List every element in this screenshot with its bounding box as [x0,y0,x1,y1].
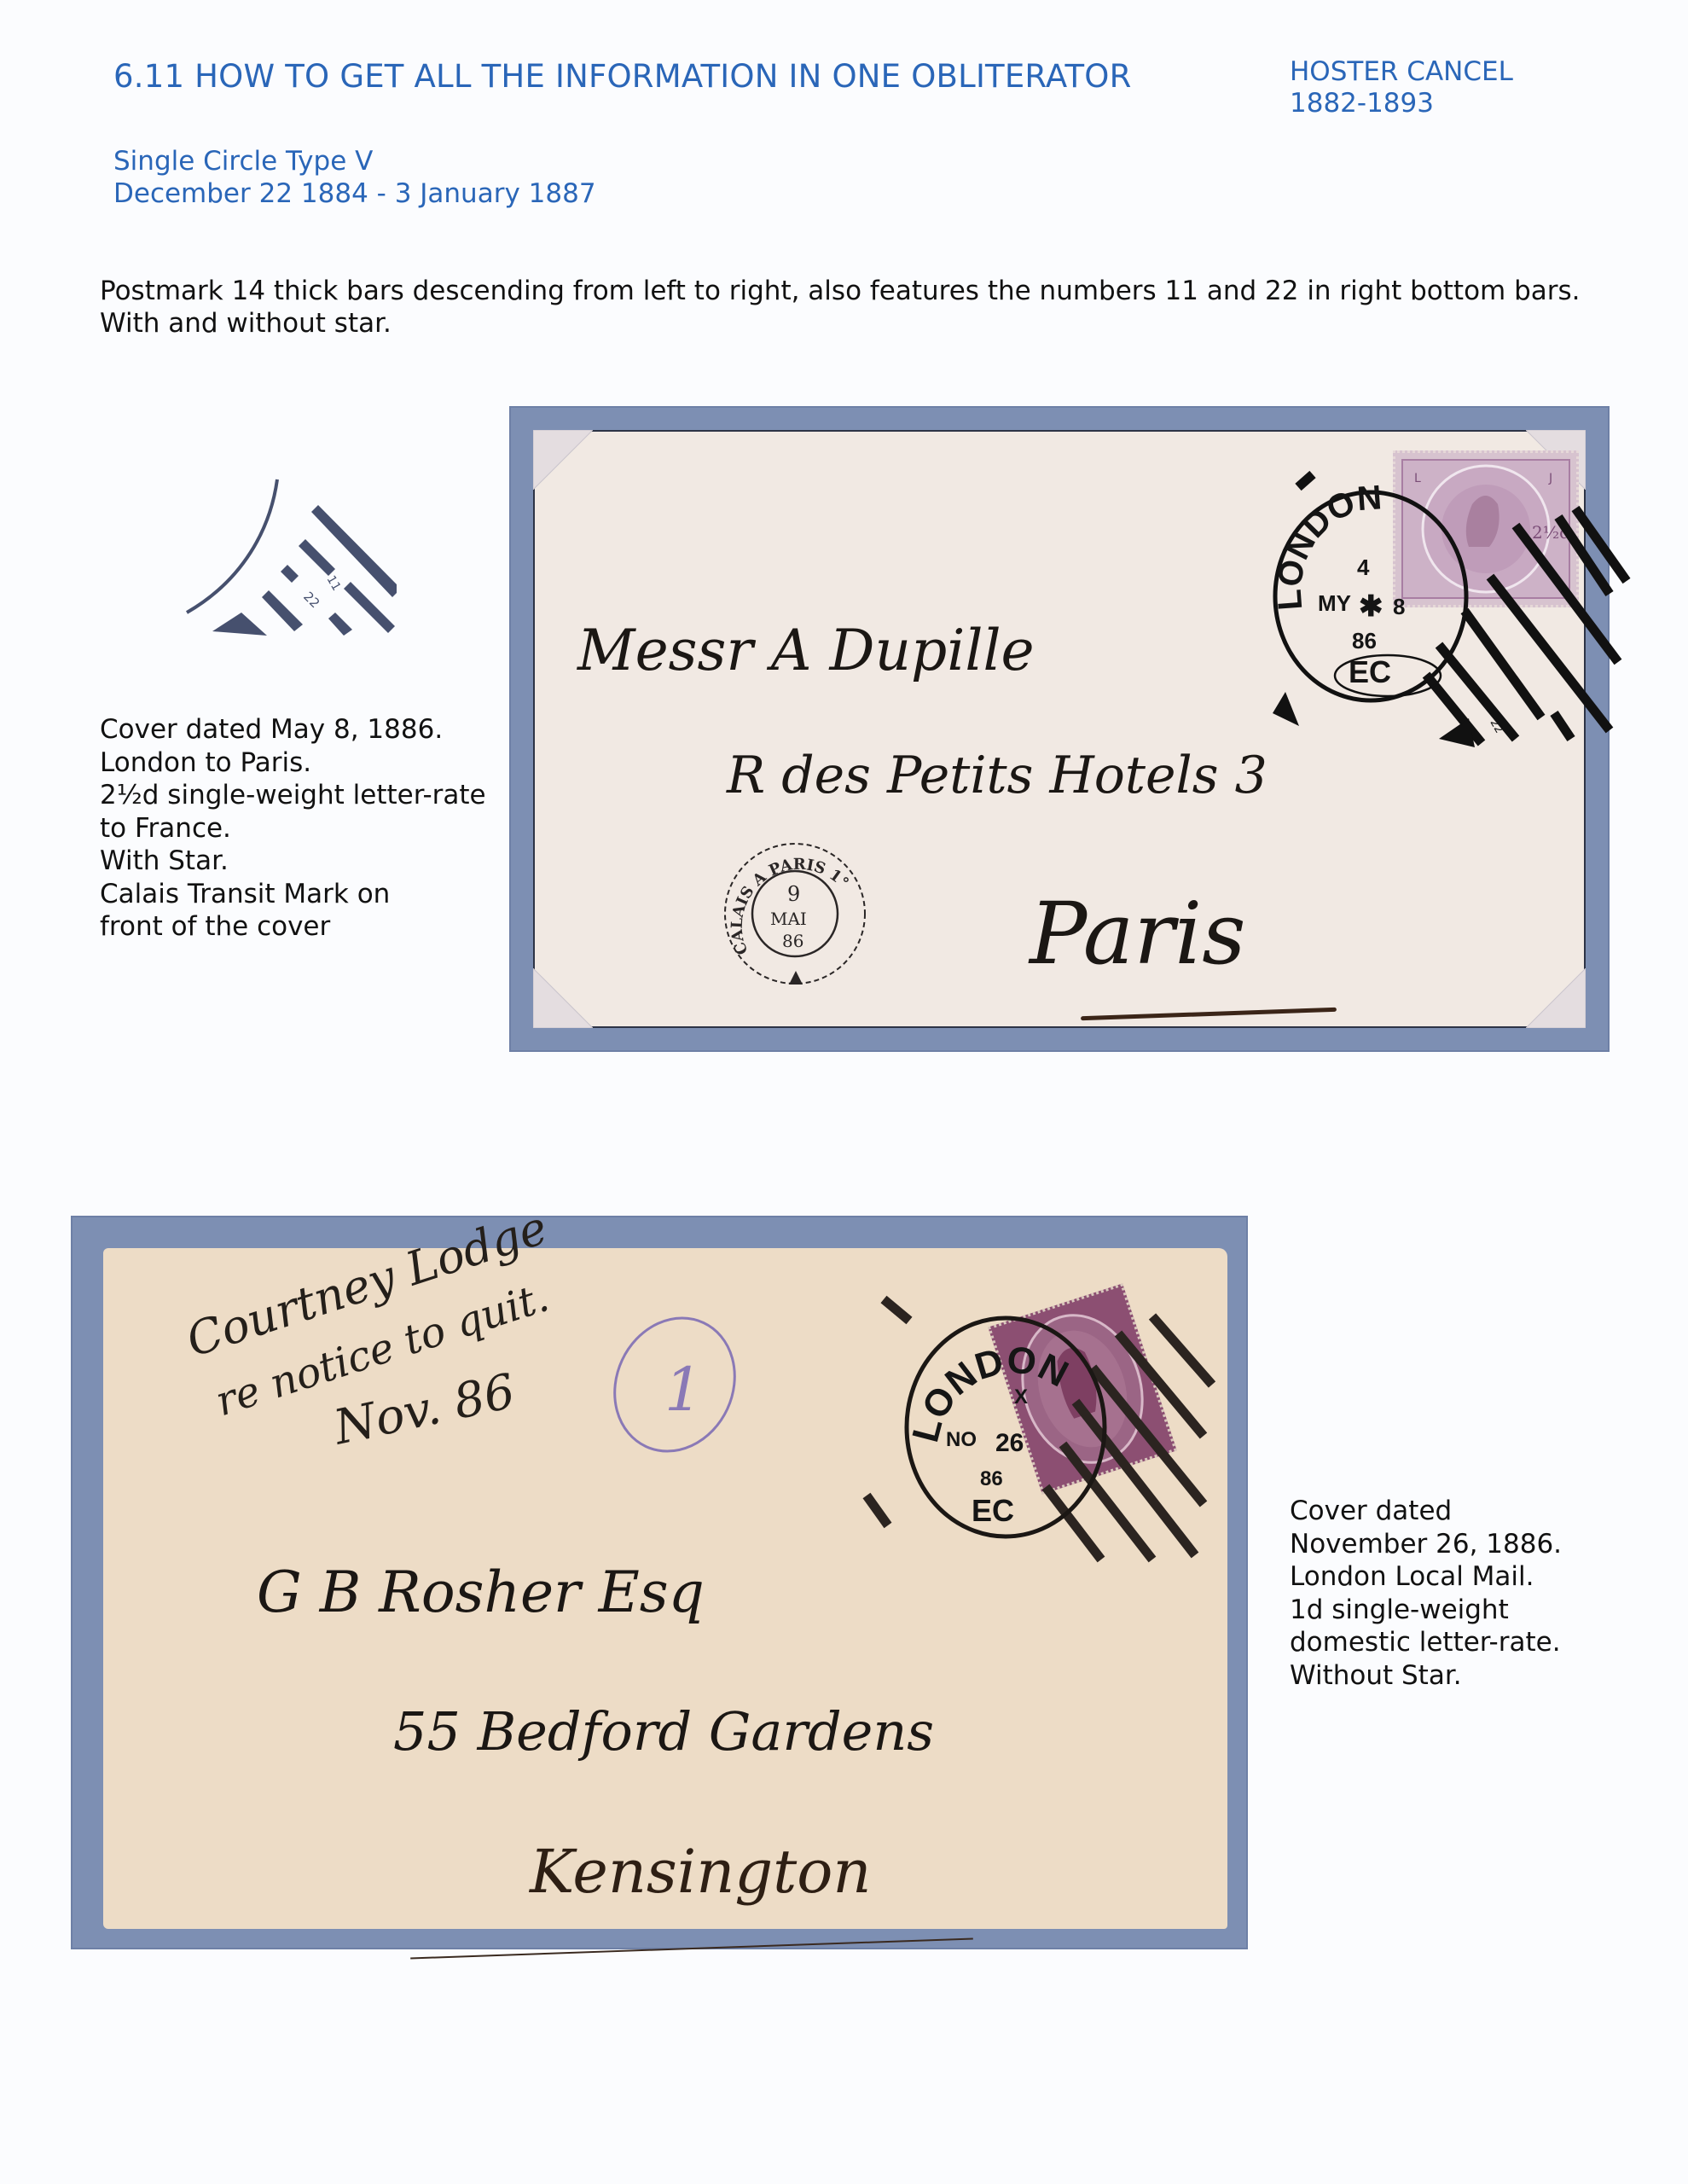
postmark-year: 86 [980,1467,1003,1490]
intro-text: Postmark 14 thick bars descending from l… [100,275,1610,340]
address-line-3: Kensington [530,1837,871,1907]
cover-2-envelope: Courtney Lodge re notice to quit. Nov. 8… [103,1248,1227,1929]
postmark-year: 86 [1352,628,1377,653]
desc-line: London to Paris. [100,746,486,780]
desc-line: London Local Mail. [1290,1560,1562,1594]
circled-mark: 1 [606,1308,743,1461]
postmark-month: MY [1318,590,1351,616]
page-title: 6.11 HOW TO GET ALL THE INFORMATION IN O… [113,58,1132,95]
desc-line: Calais Transit Mark on [100,878,486,911]
bar-number-11: 11 [324,573,344,593]
subtitle-type: Single Circle Type V [113,145,596,177]
desc-line: November 26, 1886. [1290,1528,1562,1561]
desc-line: Cover dated [1290,1495,1562,1528]
desc-line: front of the cover [100,910,486,944]
desc-line: to France. [100,812,486,845]
circled-number: 1 [664,1355,703,1425]
desc-line: 2½d single-weight letter-rate [100,779,486,812]
desc-line: Without Star. [1290,1659,1562,1693]
postmark-diagram: 11 22 [175,461,397,640]
calais-transit-mark: CALAIS A PARIS 1° 9 MAI 86 [714,833,885,1003]
postmark-x-mark: X [1014,1385,1028,1409]
cancel-type-label: HOSTER CANCEL 1882-1893 [1290,56,1513,119]
postmark-month: NO [946,1428,977,1451]
underline [1081,1008,1337,1020]
transit-year: 86 [782,931,803,951]
desc-line: Cover dated May 8, 1886. [100,713,486,746]
transit-day: 9 [787,882,800,906]
postmark-day: 26 [995,1429,1024,1457]
desc-line: domestic letter-rate. [1290,1626,1562,1659]
postmark-number: 4 [1357,555,1370,580]
cover-2-mount: Courtney Lodge re notice to quit. Nov. 8… [71,1216,1248,1949]
subtitle: Single Circle Type V December 22 1884 - … [113,145,596,210]
address-line-3: Paris [1030,884,1246,984]
address-line-1: G B Rosher Esq [257,1560,705,1625]
postmark-district: EC [972,1493,1014,1528]
cancel-period: 1882-1893 [1290,88,1513,119]
cancel-name: HOSTER CANCEL [1290,56,1513,88]
address-line-1: Messr A Dupille [577,618,1035,683]
mount-corner-icon [1526,968,1586,1028]
postmark-star-icon: ✱ [1359,590,1383,623]
london-postmark: LONDON 4 MY ✱ 8 86 EC [1251,481,1499,729]
bar-number-22: 22 [300,589,322,611]
postmark-day: 8 [1393,594,1405,619]
mount-corner-icon [533,430,593,490]
subtitle-dates: December 22 1884 - 3 January 1887 [113,177,596,210]
cover-1-description: Cover dated May 8, 1886. London to Paris… [100,713,486,944]
address-line-2: R des Petits Hotels 3 [727,746,1267,805]
desc-line: 1d single-weight [1290,1594,1562,1627]
desc-line: With Star. [100,845,486,878]
transit-month: MAI [770,909,807,929]
london-postmark: LONDON X NO 26 86 EC [886,1308,1142,1564]
cover-2-description: Cover dated November 26, 1886. London Lo… [1290,1495,1562,1692]
cover-1-mount: L J 2½d 22 [509,406,1610,1052]
mount-corner-icon [533,968,593,1028]
cover-1-envelope: L J 2½d 22 [533,430,1586,1028]
address-line-2: 55 Bedford Gardens [393,1700,934,1763]
underline [410,1937,973,1959]
